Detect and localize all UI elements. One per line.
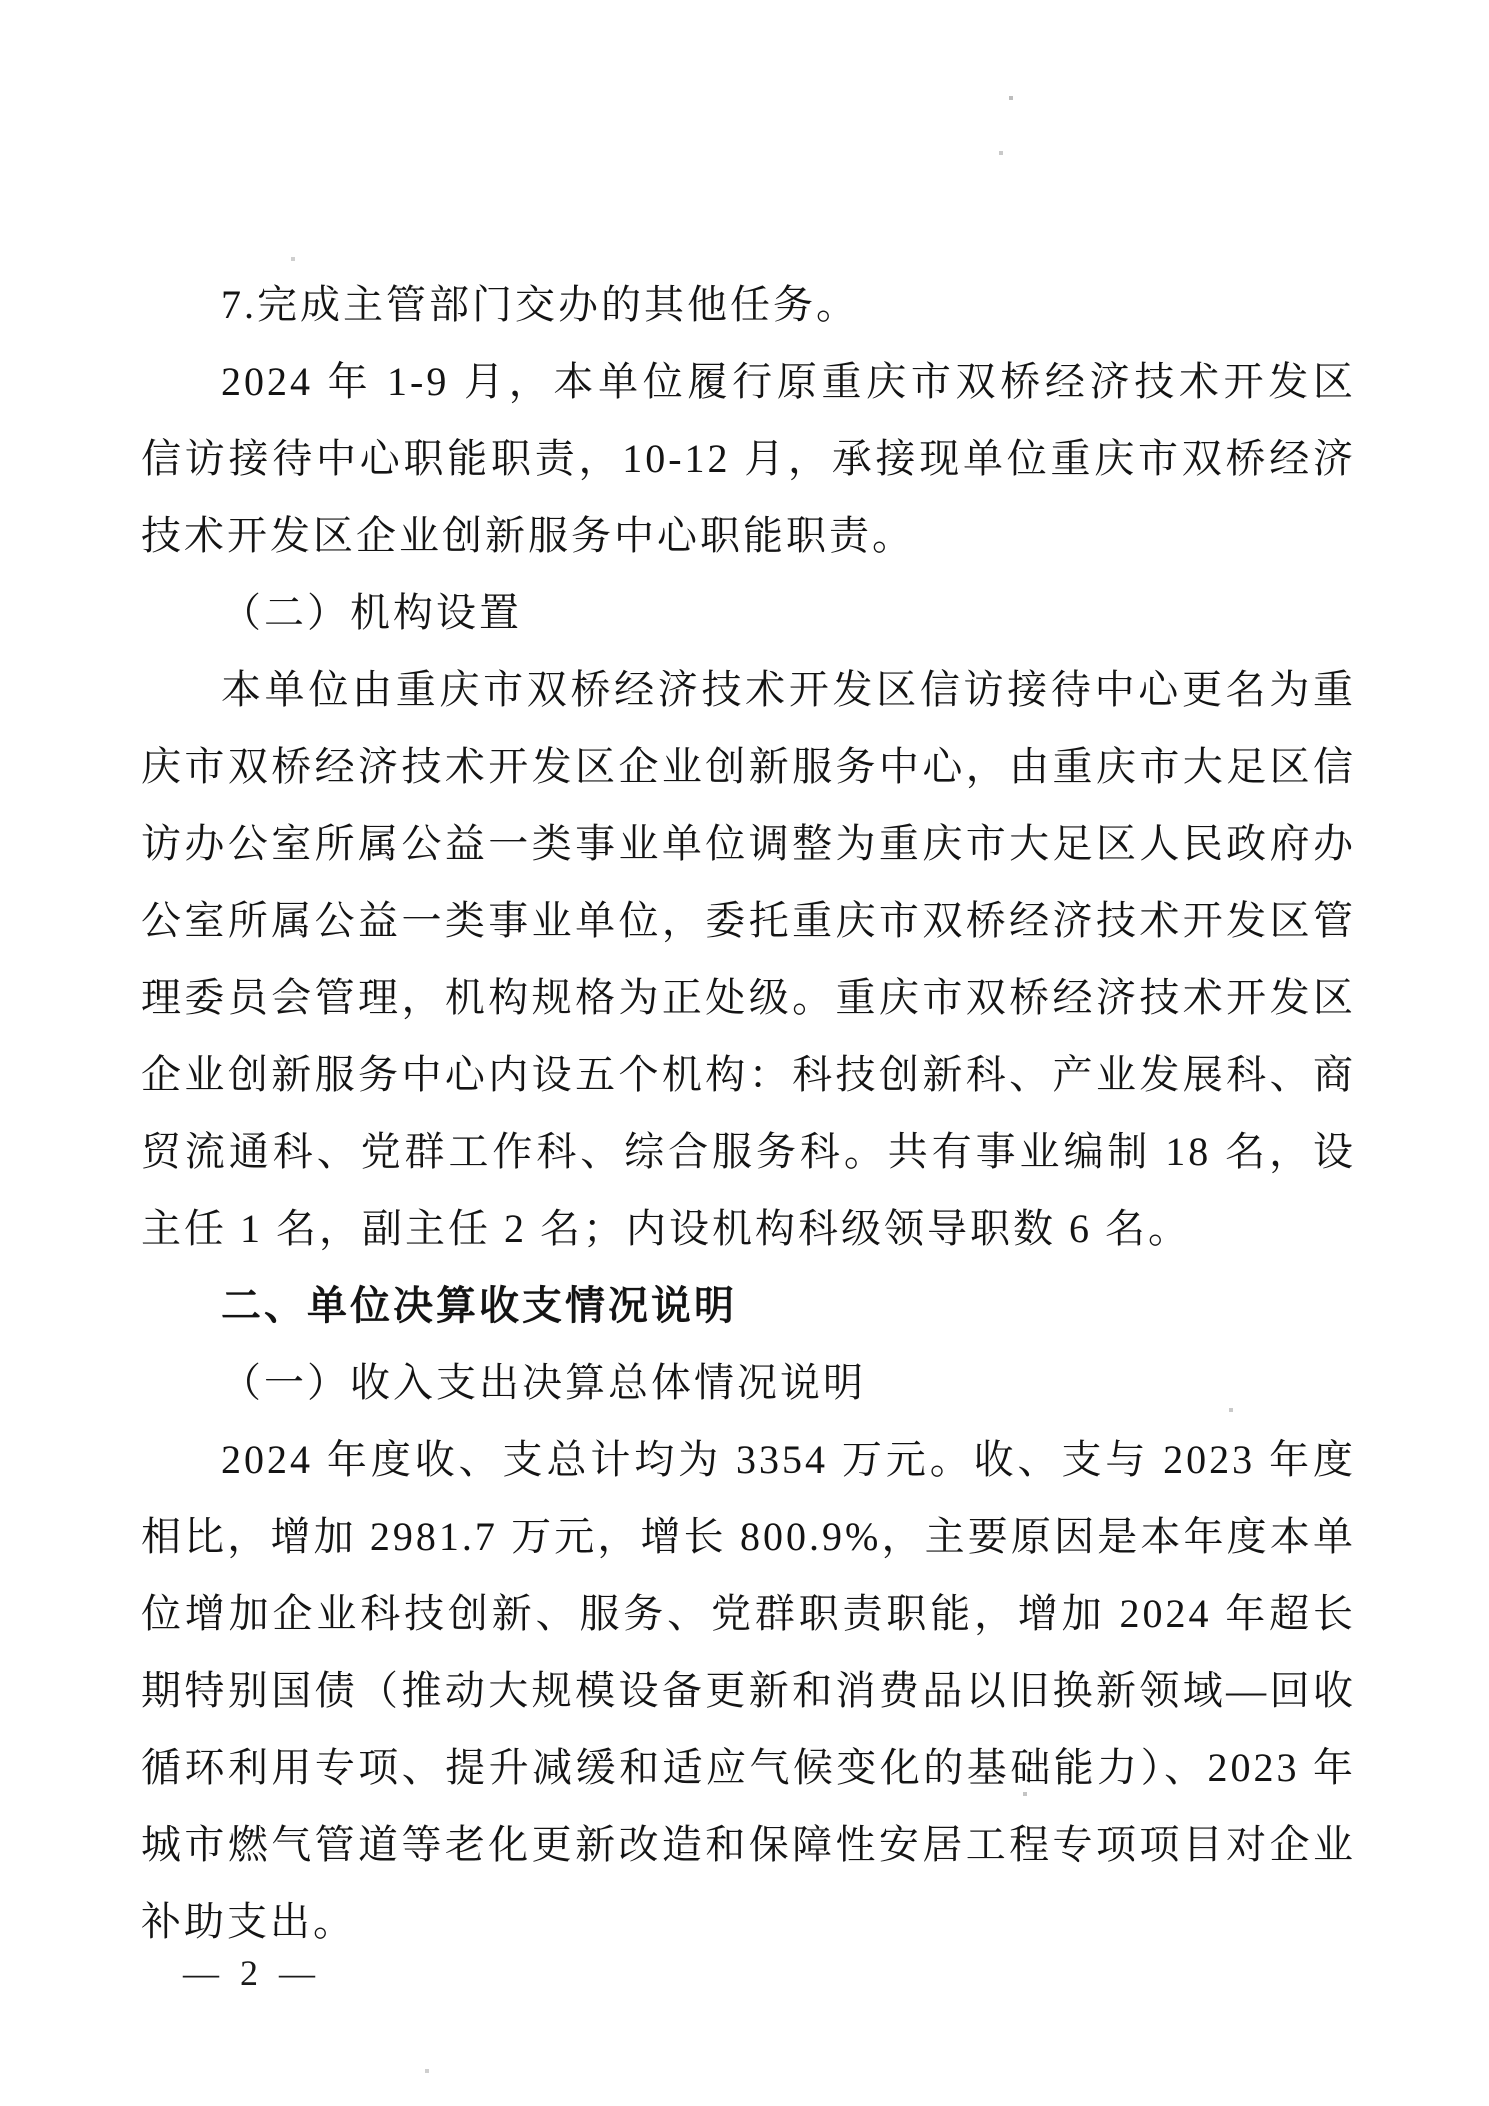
paragraph-other-tasks: 7.完成主管部门交办的其他任务。 [141,266,1356,343]
subheading-org-setup: （二）机构设置 [141,574,1356,651]
section-heading-final-accounts: 二、单位决算收支情况说明 [141,1267,1356,1344]
paragraph-income-expense-details: 2024 年度收、支总计均为 3354 万元。收、支与 2023 年度相比，增加… [141,1421,1356,1960]
scan-noise [0,0,2,2]
paragraph-org-details: 本单位由重庆市双桥经济技术开发区信访接待中心更名为重庆市双桥经济技术开发区企业创… [141,651,1356,1267]
document-body: 7.完成主管部门交办的其他任务。 2024 年 1-9 月，本单位履行原重庆市双… [141,266,1356,1960]
paragraph-duties-2024: 2024 年 1-9 月，本单位履行原重庆市双桥经济技术开发区信访接待中心职能职… [141,343,1356,574]
page-number: — 2 — [183,1952,321,1994]
subheading-overall-income-expense: （一）收入支出决算总体情况说明 [141,1344,1356,1421]
document-page: 7.完成主管部门交办的其他任务。 2024 年 1-9 月，本单位履行原重庆市双… [0,0,1489,2106]
